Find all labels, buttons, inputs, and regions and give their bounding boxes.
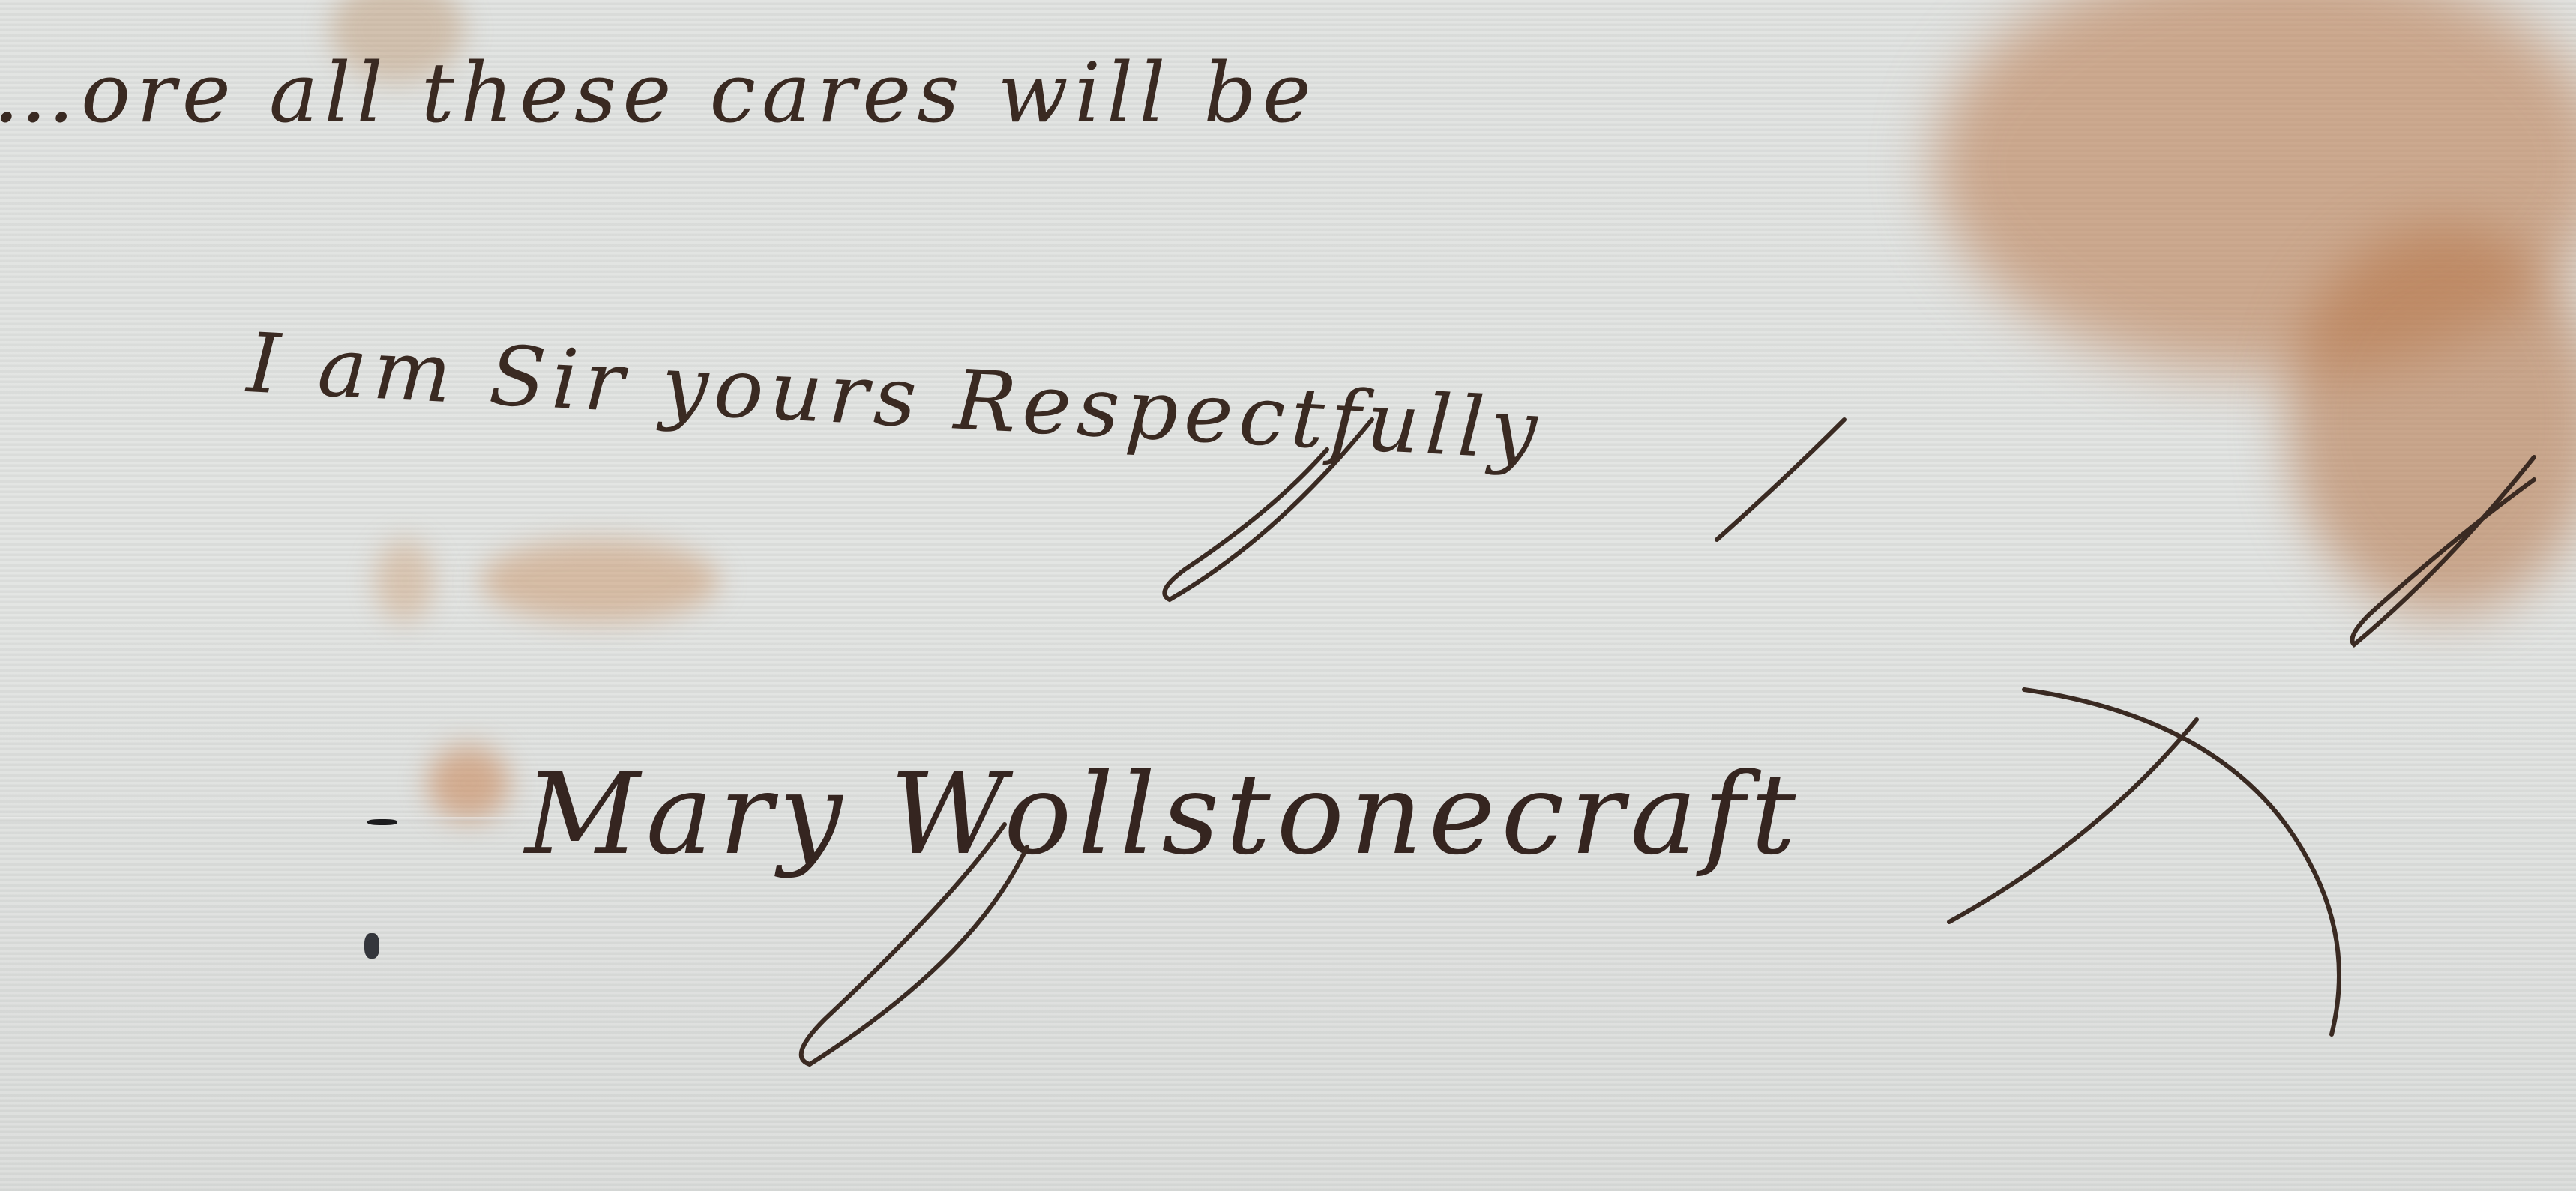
descender-y-yours <box>0 0 2576 1191</box>
letter-page: …ore all these cares will be I am Sir yo… <box>0 0 2576 1191</box>
